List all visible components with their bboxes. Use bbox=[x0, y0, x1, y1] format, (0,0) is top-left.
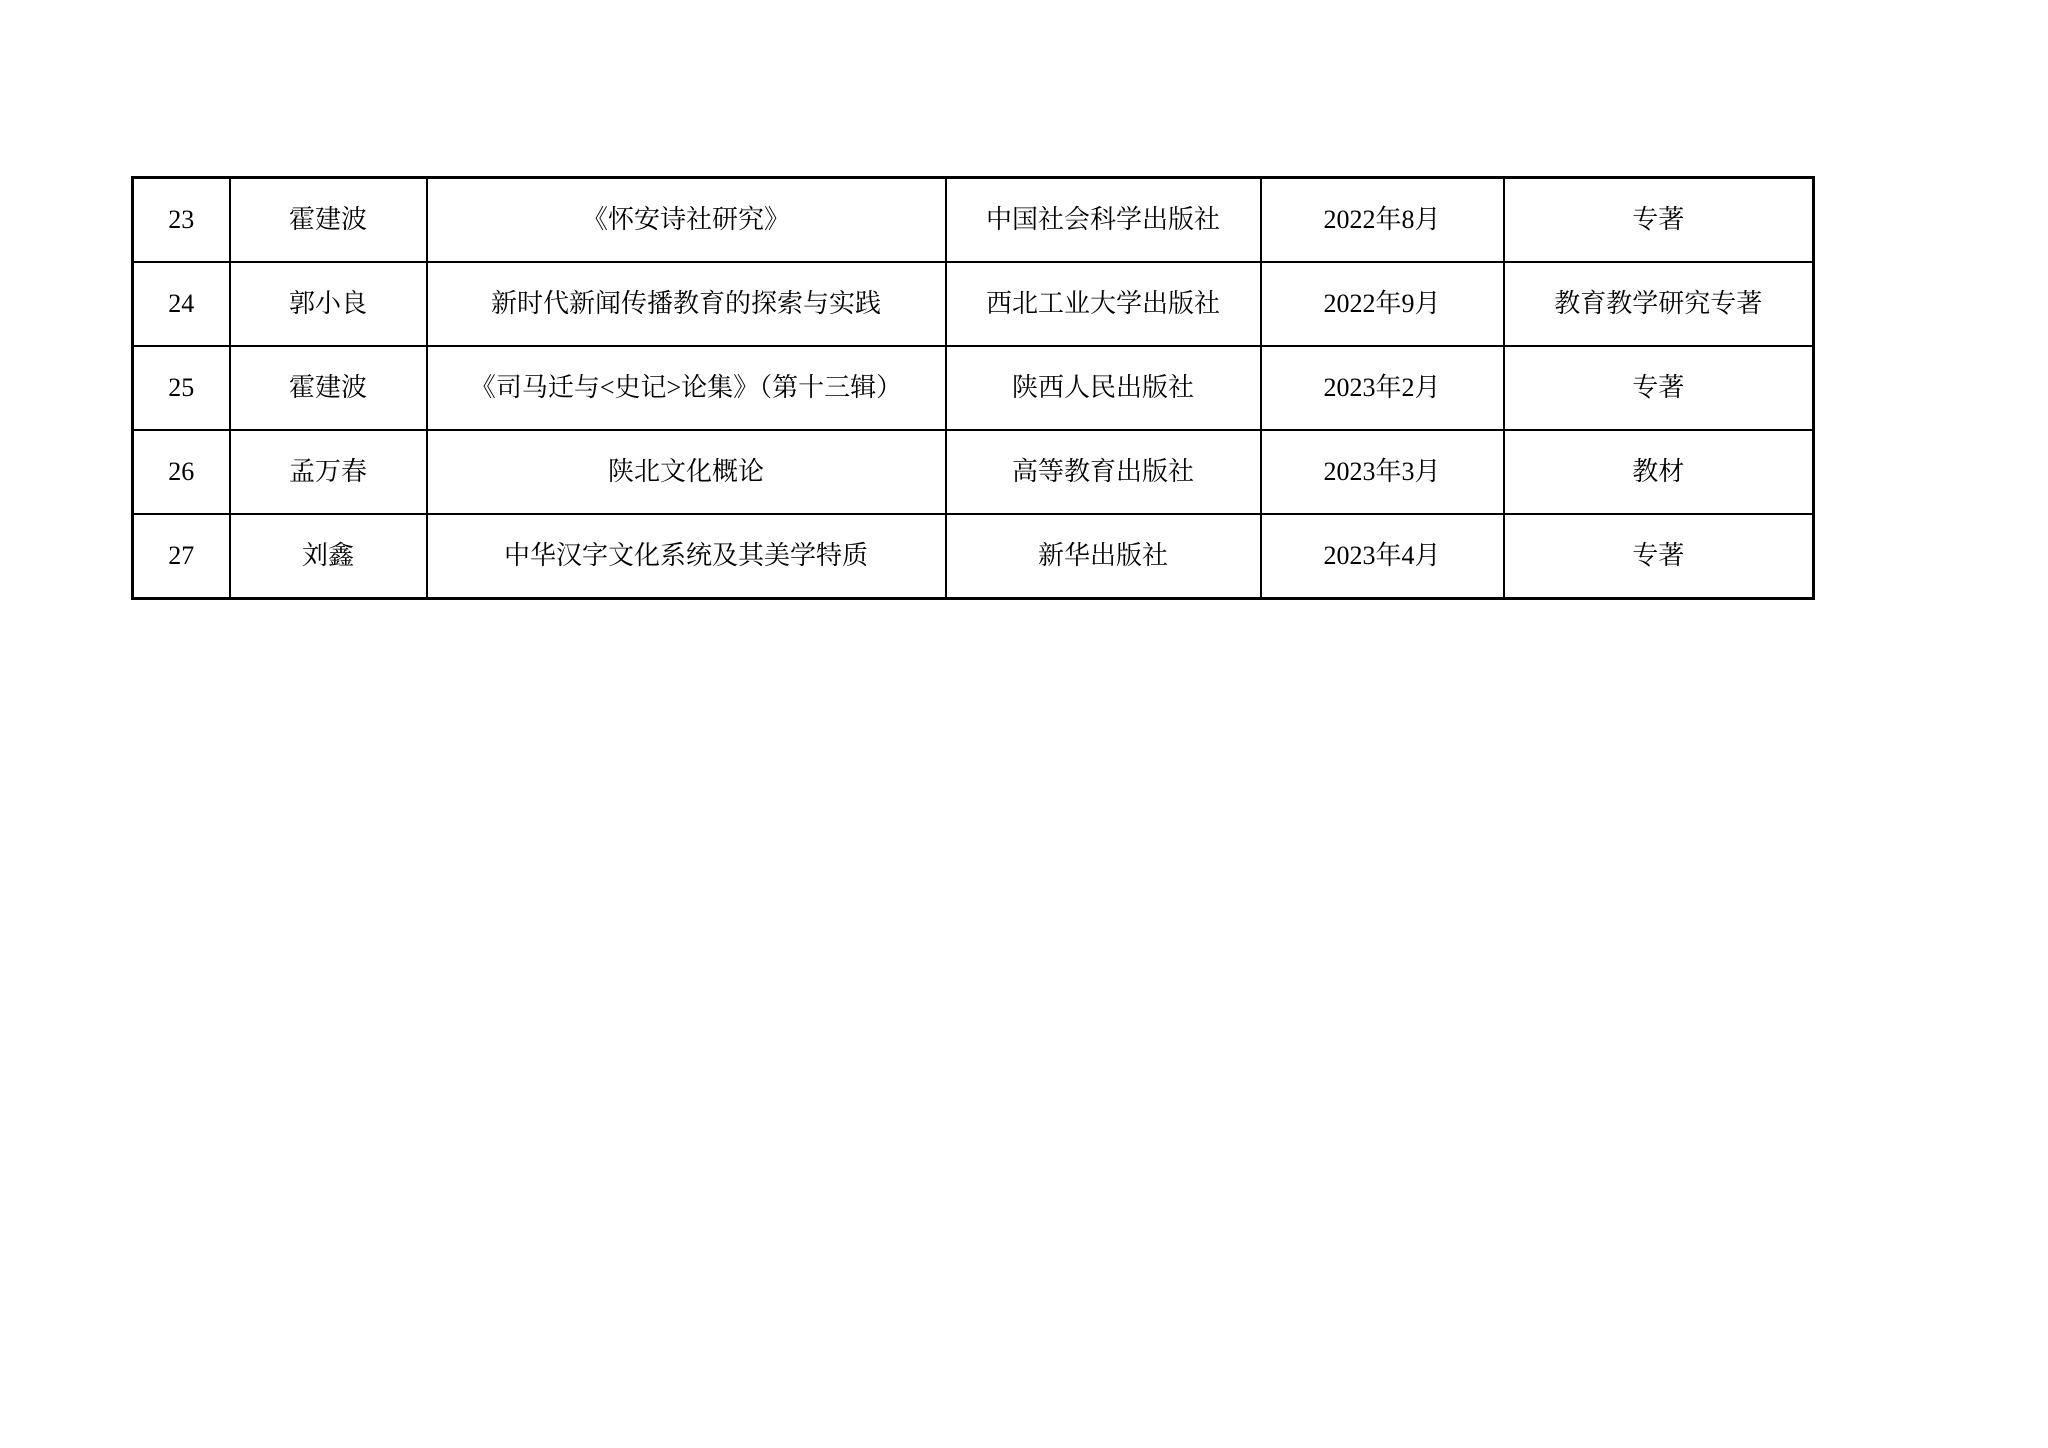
date-cell: 2023年4月 bbox=[1261, 514, 1504, 599]
table-row: 27 刘鑫 中华汉字文化系统及其美学特质 新华出版社 2023年4月 专著 bbox=[133, 514, 1814, 599]
author-cell: 霍建波 bbox=[230, 178, 427, 263]
author-cell: 刘鑫 bbox=[230, 514, 427, 599]
row-number-cell: 25 bbox=[133, 346, 230, 430]
title-cell: 陕北文化概论 bbox=[427, 430, 946, 514]
row-number-cell: 24 bbox=[133, 262, 230, 346]
date-cell: 2022年9月 bbox=[1261, 262, 1504, 346]
title-cell: 新时代新闻传播教育的探索与实践 bbox=[427, 262, 946, 346]
table-row: 23 霍建波 《怀安诗社研究》 中国社会科学出版社 2022年8月 专著 bbox=[133, 178, 1814, 263]
table-row: 24 郭小良 新时代新闻传播教育的探索与实践 西北工业大学出版社 2022年9月… bbox=[133, 262, 1814, 346]
publisher-cell: 陕西人民出版社 bbox=[946, 346, 1261, 430]
row-number-cell: 23 bbox=[133, 178, 230, 263]
type-cell: 教育教学研究专著 bbox=[1504, 262, 1814, 346]
author-cell: 郭小良 bbox=[230, 262, 427, 346]
publisher-cell: 中国社会科学出版社 bbox=[946, 178, 1261, 263]
row-number-cell: 26 bbox=[133, 430, 230, 514]
type-cell: 专著 bbox=[1504, 514, 1814, 599]
title-cell: 《怀安诗社研究》 bbox=[427, 178, 946, 263]
publisher-cell: 高等教育出版社 bbox=[946, 430, 1261, 514]
publications-table: 23 霍建波 《怀安诗社研究》 中国社会科学出版社 2022年8月 专著 24 … bbox=[131, 176, 1815, 600]
title-cell: 中华汉字文化系统及其美学特质 bbox=[427, 514, 946, 599]
publisher-cell: 西北工业大学出版社 bbox=[946, 262, 1261, 346]
table-row: 26 孟万春 陕北文化概论 高等教育出版社 2023年3月 教材 bbox=[133, 430, 1814, 514]
table-row: 25 霍建波 《司马迁与<史记>论集》（第十三辑） 陕西人民出版社 2023年2… bbox=[133, 346, 1814, 430]
date-cell: 2022年8月 bbox=[1261, 178, 1504, 263]
date-cell: 2023年3月 bbox=[1261, 430, 1504, 514]
author-cell: 霍建波 bbox=[230, 346, 427, 430]
author-cell: 孟万春 bbox=[230, 430, 427, 514]
type-cell: 教材 bbox=[1504, 430, 1814, 514]
type-cell: 专著 bbox=[1504, 178, 1814, 263]
type-cell: 专著 bbox=[1504, 346, 1814, 430]
publisher-cell: 新华出版社 bbox=[946, 514, 1261, 599]
row-number-cell: 27 bbox=[133, 514, 230, 599]
date-cell: 2023年2月 bbox=[1261, 346, 1504, 430]
title-cell: 《司马迁与<史记>论集》（第十三辑） bbox=[427, 346, 946, 430]
document-page: 23 霍建波 《怀安诗社研究》 中国社会科学出版社 2022年8月 专著 24 … bbox=[0, 0, 2048, 1448]
